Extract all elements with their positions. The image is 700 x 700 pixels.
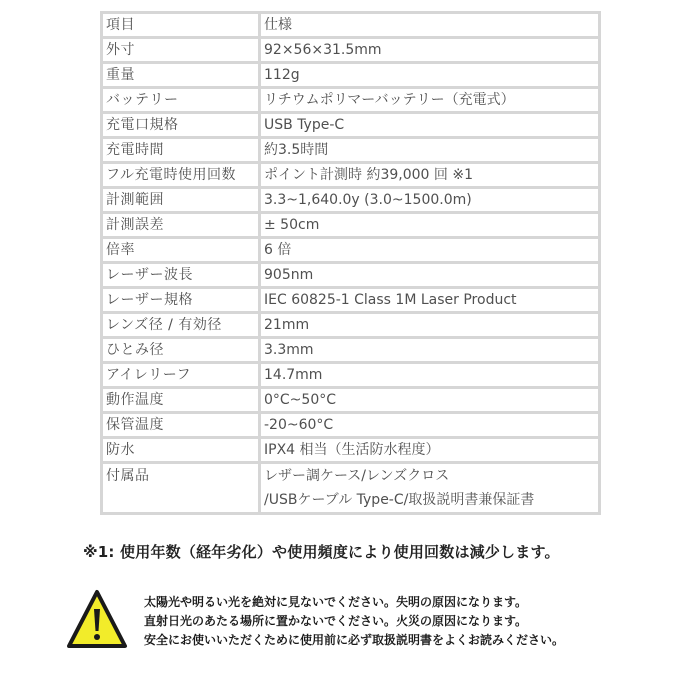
table-row: バッテリー リチウムポリマーバッテリー（充電式）	[103, 89, 598, 111]
warning-block: 太陽光や明るい光を絶対に見ないでください。失明の原因になります。 直射日光のあた…	[66, 589, 626, 653]
table-header-row: 項目 仕様	[103, 14, 598, 36]
row-label: 計測誤差	[103, 214, 258, 236]
row-label: 付属品	[103, 464, 258, 512]
table-row: 計測範囲 3.3~1,640.0y (3.0~1500.0m)	[103, 189, 598, 211]
accessories-line-1: レザー調ケース/レンズクロス	[264, 464, 598, 488]
row-label: フル充電時使用回数	[103, 164, 258, 186]
warning-text: 太陽光や明るい光を絶対に見ないでください。失明の原因になります。 直射日光のあた…	[144, 593, 564, 650]
header-value: 仕様	[261, 14, 598, 36]
row-label: アイレリーフ	[103, 364, 258, 386]
row-value: 21mm	[261, 314, 598, 336]
row-label: ひとみ径	[103, 339, 258, 361]
table-row-accessories: 付属品 レザー調ケース/レンズクロス /USBケーブル Type-C/取扱説明書…	[103, 464, 598, 512]
row-label: 外寸	[103, 39, 258, 61]
row-value: 112g	[261, 64, 598, 86]
row-value: IEC 60825-1 Class 1M Laser Product	[261, 289, 598, 311]
table-row: 防水 IPX4 相当（生活防水程度）	[103, 439, 598, 461]
row-label: レーザー規格	[103, 289, 258, 311]
accessories-line-2: /USBケーブル Type-C/取扱説明書兼保証書	[264, 488, 598, 512]
header-label: 項目	[103, 14, 258, 36]
row-label: バッテリー	[103, 89, 258, 111]
row-label: 動作温度	[103, 389, 258, 411]
row-label: レーザー波長	[103, 264, 258, 286]
table-row: フル充電時使用回数 ポイント計測時 約39,000 回 ※1	[103, 164, 598, 186]
footnote: ※1: 使用年数（経年劣化）や使用頻度により使用回数は減少します。	[83, 541, 560, 562]
table-row: 充電口規格 USB Type-C	[103, 114, 598, 136]
row-value: 905nm	[261, 264, 598, 286]
row-value: USB Type-C	[261, 114, 598, 136]
row-value: -20~60°C	[261, 414, 598, 436]
row-value-multiline: レザー調ケース/レンズクロス /USBケーブル Type-C/取扱説明書兼保証書	[261, 464, 598, 512]
warning-triangle-icon	[66, 589, 128, 649]
table-row: 保管温度 -20~60°C	[103, 414, 598, 436]
row-label: 防水	[103, 439, 258, 461]
table-row: 計測誤差 ± 50cm	[103, 214, 598, 236]
row-value: 0°C~50°C	[261, 389, 598, 411]
table-row: 充電時間 約3.5時間	[103, 139, 598, 161]
row-label: 充電時間	[103, 139, 258, 161]
warning-line-1: 太陽光や明るい光を絶対に見ないでください。失明の原因になります。	[144, 593, 564, 612]
row-label: 保管温度	[103, 414, 258, 436]
row-value: 約3.5時間	[261, 139, 598, 161]
row-value: 3.3mm	[261, 339, 598, 361]
table-row: レーザー規格 IEC 60825-1 Class 1M Laser Produc…	[103, 289, 598, 311]
table-row: 倍率 6 倍	[103, 239, 598, 261]
row-value: ± 50cm	[261, 214, 598, 236]
row-label: 充電口規格	[103, 114, 258, 136]
row-value: 6 倍	[261, 239, 598, 261]
table-row: レーザー波長 905nm	[103, 264, 598, 286]
row-value: 92×56×31.5mm	[261, 39, 598, 61]
row-label: 重量	[103, 64, 258, 86]
table-row: 重量 112g	[103, 64, 598, 86]
row-label: レンズ径 / 有効径	[103, 314, 258, 336]
row-value: 14.7mm	[261, 364, 598, 386]
warning-line-2: 直射日光のあたる場所に置かないでください。火災の原因になります。	[144, 612, 564, 631]
row-value: リチウムポリマーバッテリー（充電式）	[261, 89, 598, 111]
table-row: ひとみ径 3.3mm	[103, 339, 598, 361]
row-label: 計測範囲	[103, 189, 258, 211]
row-value: IPX4 相当（生活防水程度）	[261, 439, 598, 461]
table-row: 外寸 92×56×31.5mm	[103, 39, 598, 61]
table-row: 動作温度 0°C~50°C	[103, 389, 598, 411]
row-value: 3.3~1,640.0y (3.0~1500.0m)	[261, 189, 598, 211]
warning-line-3: 安全にお使いいただくために使用前に必ず取扱説明書をよくお読みください。	[144, 631, 564, 650]
table-row: レンズ径 / 有効径 21mm	[103, 314, 598, 336]
row-label: 倍率	[103, 239, 258, 261]
table-row: アイレリーフ 14.7mm	[103, 364, 598, 386]
row-value: ポイント計測時 約39,000 回 ※1	[261, 164, 598, 186]
spec-table: 項目 仕様 外寸 92×56×31.5mm 重量 112g バッテリー リチウム…	[100, 11, 601, 515]
